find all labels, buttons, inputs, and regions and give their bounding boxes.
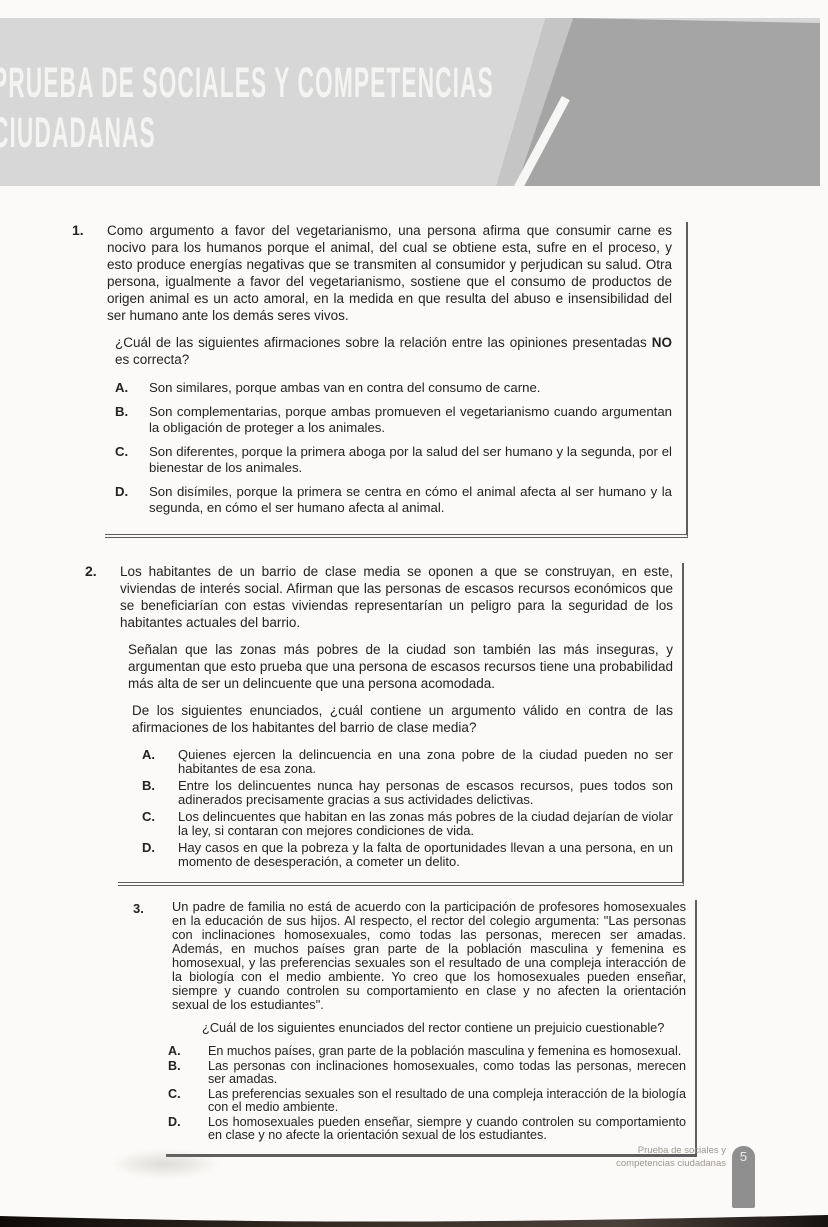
option-letter: D. bbox=[142, 841, 178, 870]
option-row: C.Las preferencias sexuales son el resul… bbox=[168, 1088, 686, 1114]
option-row: C.Los delincuentes que habitan en las zo… bbox=[142, 810, 673, 839]
page-title-line1: PRUEBA DE SOCIALES Y COMPETENCIAS bbox=[0, 59, 494, 107]
option-letter: C. bbox=[115, 444, 149, 477]
option-row: A.Quienes ejercen la delincuencia en una… bbox=[142, 748, 673, 777]
option-letter: A. bbox=[142, 748, 178, 777]
option-row: B.Son complementarias, porque ambas prom… bbox=[115, 404, 672, 437]
question-number: 3. bbox=[133, 900, 166, 1157]
options-list: A.En muchos países, gran parte de la pob… bbox=[168, 1045, 686, 1142]
option-row: A.Son similares, porque ambas van en con… bbox=[115, 380, 672, 397]
question-prompt: ¿Cuál de las siguientes afirmaciones sob… bbox=[115, 334, 672, 368]
question-number: 1. bbox=[72, 222, 105, 538]
options-list: A.Quienes ejercen la delincuencia en una… bbox=[120, 748, 673, 870]
questions-area: 1. Como argumento a favor del vegetarian… bbox=[0, 222, 828, 1157]
option-text: Los homosexuales pueden enseñar, siempre… bbox=[208, 1116, 686, 1142]
option-text: Son diferentes, porque la primera aboga … bbox=[149, 444, 672, 477]
option-text: Los delincuentes que habitan en las zona… bbox=[178, 810, 673, 839]
option-row: A.En muchos países, gran parte de la pob… bbox=[168, 1045, 686, 1058]
option-text: Hay casos en que la pobreza y la falta d… bbox=[178, 841, 673, 870]
option-text: Son disímiles, porque la primera se cent… bbox=[149, 484, 672, 517]
page-number-tab: 5 bbox=[732, 1146, 755, 1208]
option-text: Las preferencias sexuales son el resulta… bbox=[208, 1088, 686, 1114]
option-letter: B. bbox=[142, 779, 178, 808]
option-text: Quienes ejercen la delincuencia en una z… bbox=[178, 748, 673, 777]
option-row: B.Entre los delincuentes nunca hay perso… bbox=[142, 779, 673, 808]
prompt-bold-word: NO bbox=[652, 335, 672, 350]
footer-label-line2: competencias ciudadanas bbox=[616, 1158, 726, 1169]
option-text: Son similares, porque ambas van en contr… bbox=[149, 380, 540, 397]
question-paragraph: Señalan que las zonas más pobres de la c… bbox=[128, 641, 673, 692]
question-body: Un padre de familia no está de acuerdo c… bbox=[166, 900, 697, 1157]
option-letter: C. bbox=[168, 1088, 208, 1114]
header-banner: PRUEBA DE SOCIALES Y COMPETENCIASCIUDADA… bbox=[0, 18, 820, 186]
question-number: 2. bbox=[85, 563, 118, 886]
scan-smudge bbox=[110, 1150, 220, 1178]
option-letter: A. bbox=[168, 1045, 208, 1058]
option-row: C.Son diferentes, porque la primera abog… bbox=[115, 444, 672, 477]
option-letter: D. bbox=[168, 1116, 208, 1142]
option-row: B.Las personas con inclinaciones homosex… bbox=[168, 1060, 686, 1086]
question-paragraph: Como argumento a favor del vegetarianism… bbox=[107, 222, 672, 324]
question-block: 3. Un padre de familia no está de acuerd… bbox=[133, 900, 697, 1157]
question-prompt: ¿Cuál de los siguientes enunciados del r… bbox=[202, 1021, 686, 1035]
options-list: A.Son similares, porque ambas van en con… bbox=[107, 380, 672, 517]
option-text: Son complementarias, porque ambas promue… bbox=[149, 404, 672, 437]
option-row: D.Hay casos en que la pobreza y la falta… bbox=[142, 841, 673, 870]
question-paragraph: Los habitantes de un barrio de clase med… bbox=[120, 563, 673, 631]
page-title-line2: CIUDADANAS bbox=[0, 109, 156, 157]
option-letter: C. bbox=[142, 810, 178, 839]
prompt-text: ¿Cuál de las siguientes afirmaciones sob… bbox=[115, 335, 652, 350]
question-paragraph: Un padre de familia no está de acuerdo c… bbox=[172, 900, 686, 1012]
page-title: PRUEBA DE SOCIALES Y COMPETENCIASCIUDADA… bbox=[0, 58, 494, 158]
question-body: Como argumento a favor del vegetarianism… bbox=[105, 222, 688, 538]
option-text: Entre los delincuentes nunca hay persona… bbox=[178, 779, 673, 808]
page-number: 5 bbox=[740, 1149, 747, 1164]
option-row: D.Los homosexuales pueden enseñar, siemp… bbox=[168, 1116, 686, 1142]
scan-bottom-edge bbox=[0, 1209, 828, 1227]
footer-label: Prueba de sociales ycompetencias ciudada… bbox=[540, 1144, 726, 1170]
prompt-text: ¿Cuál de los siguientes enunciados del r… bbox=[202, 1020, 664, 1035]
question-body: Los habitantes de un barrio de clase med… bbox=[118, 563, 684, 886]
option-letter: D. bbox=[115, 484, 149, 517]
option-row: D.Son disímiles, porque la primera se ce… bbox=[115, 484, 672, 517]
scanned-test-page: PRUEBA DE SOCIALES Y COMPETENCIASCIUDADA… bbox=[0, 0, 828, 1227]
question-block: 2. Los habitantes de un barrio de clase … bbox=[85, 563, 684, 886]
prompt-text: De los siguientes enunciados, ¿cuál cont… bbox=[132, 703, 673, 735]
footer-label-line1: Prueba de sociales y bbox=[638, 1145, 726, 1156]
question-prompt: De los siguientes enunciados, ¿cuál cont… bbox=[132, 702, 673, 736]
option-letter: A. bbox=[115, 380, 149, 397]
option-letter: B. bbox=[115, 404, 149, 437]
option-text: En muchos países, gran parte de la pobla… bbox=[208, 1045, 681, 1058]
option-text: Las personas con inclinaciones homosexua… bbox=[208, 1060, 686, 1086]
option-letter: B. bbox=[168, 1060, 208, 1086]
prompt-text: es correcta? bbox=[115, 352, 189, 367]
question-block: 1. Como argumento a favor del vegetarian… bbox=[72, 222, 688, 538]
